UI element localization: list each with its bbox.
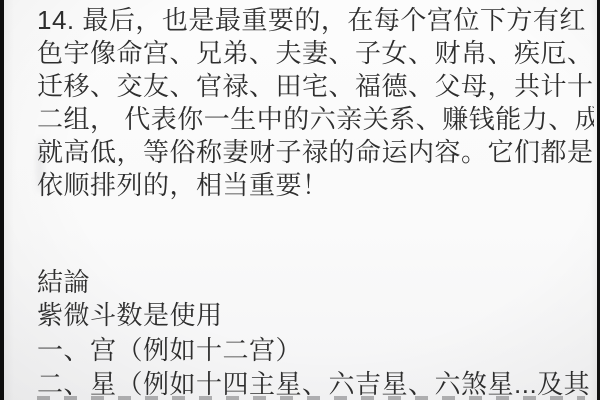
conclusion-line: 一、宫（例如十二宫） <box>37 334 594 367</box>
conclusion-line: 紫微斗数是使用 <box>37 299 594 332</box>
paragraph-line: 色宇像命宫、兄弟、夫妻、子女、财帛、疾厄、 <box>37 37 594 70</box>
paragraph-line: 二组， 代表你一生中的六亲关系、赚钱能力、成 <box>37 103 594 136</box>
paragraph-line: 就高低，等俗称妻财子禄的命运内容。它们都是 <box>37 136 594 169</box>
truncated-next-line-tops <box>37 396 585 400</box>
paragraph-line: 14. 最后，也是最重要的，在每个宫位下方有红 <box>37 4 594 37</box>
left-edge-bar <box>0 0 4 400</box>
conclusion-heading: 結論 <box>37 266 594 299</box>
paragraph-line: 迁移、交友、官禄、田宅、福德、父母，共计十 <box>37 70 594 103</box>
paragraph-line: 依顺排列的，相当重要！ <box>37 169 594 202</box>
text-page: 14. 最后，也是最重要的，在每个宫位下方有红 色宇像命宫、兄弟、夫妻、子女、财… <box>0 0 600 400</box>
